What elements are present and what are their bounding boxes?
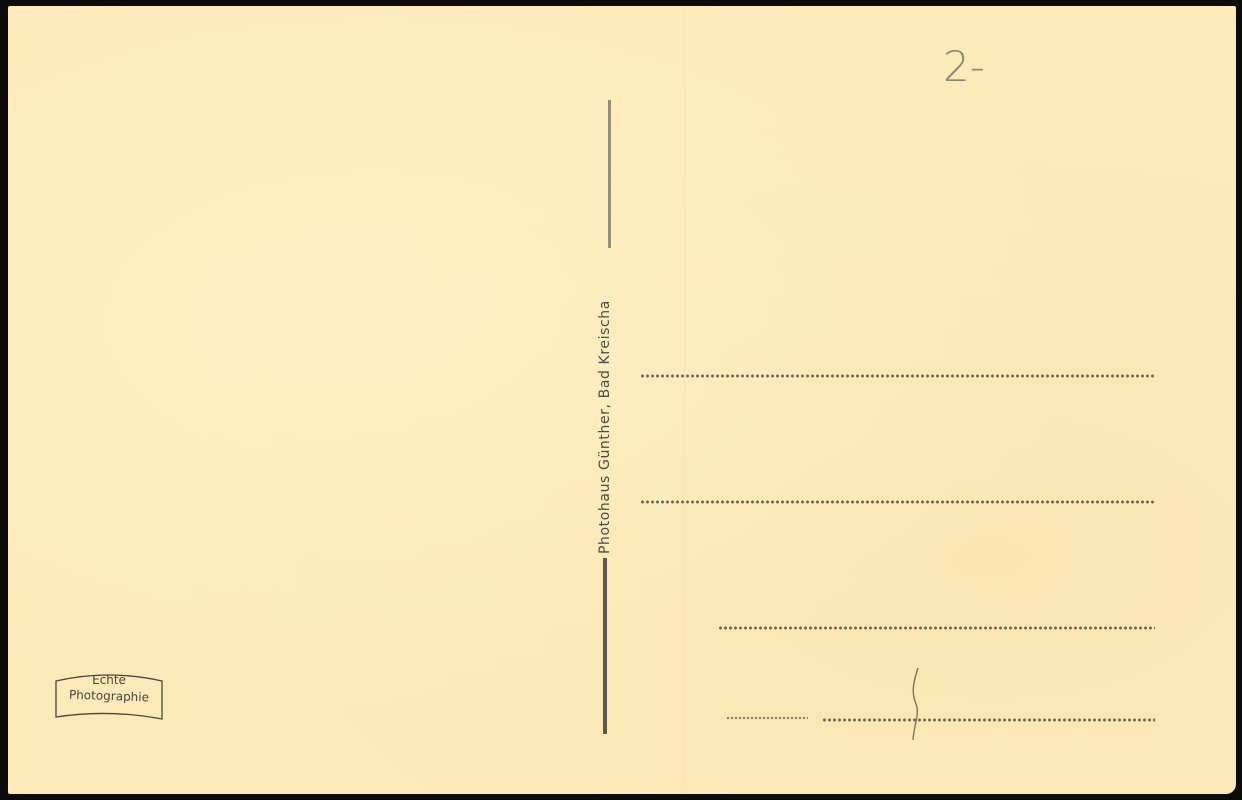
divider-line-bottom [603,558,607,734]
address-line-2 [640,500,1154,504]
pencil-squiggle-icon [908,666,928,746]
address-line-4-prefix [726,716,808,720]
divider-line-top [608,100,611,248]
address-line-4 [822,718,1155,722]
pencil-price-note: 2- [943,42,985,91]
address-line-3 [718,626,1155,630]
stamp-line-1: Echte [54,673,164,687]
publisher-imprint: Photohaus Günther, Bad Kreischa [597,300,613,554]
fold-line [684,6,685,794]
echte-photographie-stamp: Echte Photographie [54,671,164,721]
address-line-1 [640,374,1156,378]
postcard-back: Photohaus Günther, Bad Kreischa 2- Echte… [8,6,1236,794]
